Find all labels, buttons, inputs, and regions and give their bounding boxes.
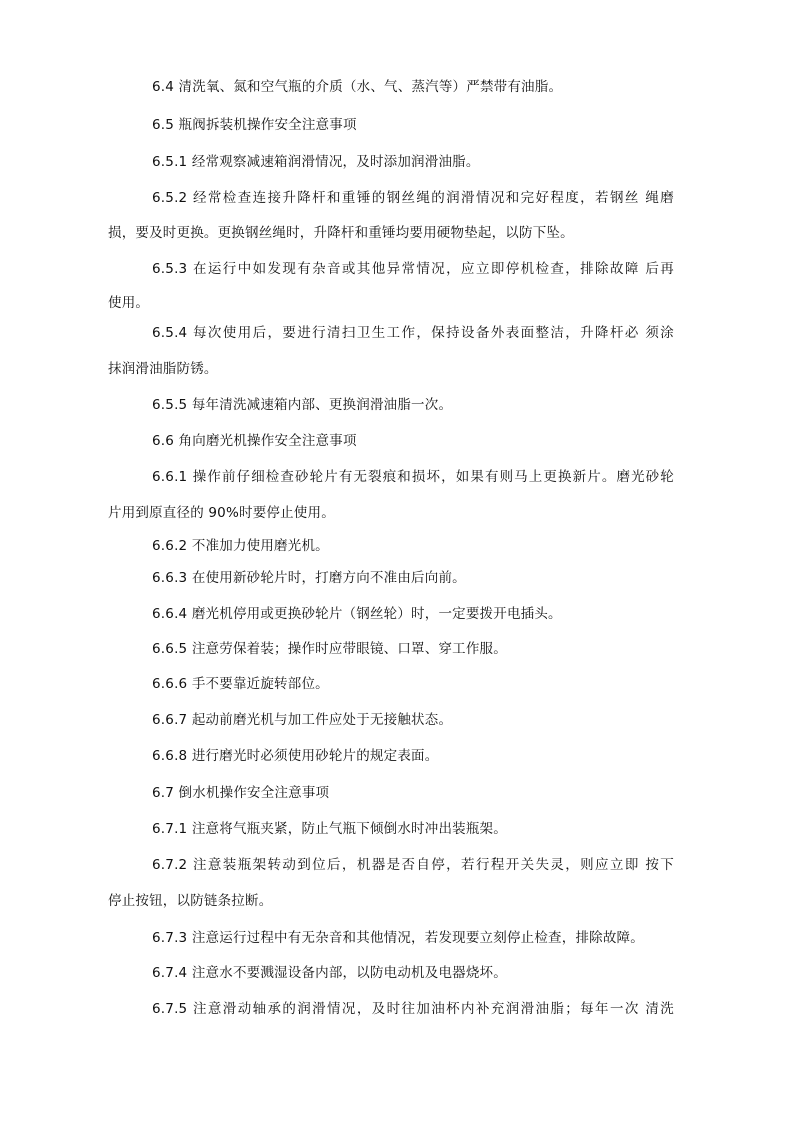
paragraph-6-6-4: 6.6.4 磨光机停用或更换砂轮片（钢丝轮）时，一定要拨开电插头。 — [152, 605, 562, 623]
heading-6-6: 6.6 角向磨光机操作安全注意事项 — [152, 432, 357, 450]
document-page: 6.4 清洗氧、氮和空气瓶的介质（水、气、蒸汽等）严禁带有油脂。 6.5 瓶阀拆… — [0, 0, 793, 1122]
paragraph-6-5-2-cont: 损，要及时更换。更换钢丝绳时，升降杆和重锤均要用硬物垫起，以防下坠。 — [108, 224, 574, 242]
paragraph-6-5-4-cont: 抹润滑油脂防锈。 — [108, 360, 218, 378]
paragraph-6-7-3: 6.7.3 注意运行过程中有无杂音和其他情况，若发现要立刻停止检查，排除故障。 — [152, 929, 644, 947]
paragraph-6-7-1: 6.7.1 注意将气瓶夹紧，防止气瓶下倾倒水时冲出装瓶架。 — [152, 820, 507, 838]
paragraph-6-7-4: 6.7.4 注意水不要溅湿设备内部，以防电动机及电器烧坏。 — [152, 964, 507, 982]
paragraph-6-5-1: 6.5.1 经常观察减速箱润滑情况，及时添加润滑油脂。 — [152, 153, 480, 171]
paragraph-6-7-2-cont: 停止按钮，以防链条拉断。 — [108, 892, 272, 910]
paragraph-6-5-5: 6.5.5 每年清洗减速箱内部、更换润滑油脂一次。 — [152, 396, 452, 414]
paragraph-6-5-3: 6.5.3 在运行中如发现有杂音或其他异常情况，应立即停机检查，排除故障 后再 — [152, 260, 674, 278]
paragraph-6-7-2: 6.7.2 注意装瓶架转动到位后，机器是否自停，若行程开关失灵，则应立即 按下 — [152, 856, 674, 874]
paragraph-6-4: 6.4 清洗氧、氮和空气瓶的介质（水、气、蒸汽等）严禁带有油脂。 — [152, 78, 562, 96]
paragraph-6-6-5: 6.6.5 注意劳保着装；操作时应带眼镜、口罩、穿工作服。 — [152, 640, 507, 658]
heading-6-5: 6.5 瓶阀拆装机操作安全注意事项 — [152, 116, 357, 134]
paragraph-6-7-5: 6.7.5 注意滑动轴承的润滑情况，及时往加油杯内补充润滑油脂；每年一次 清洗 — [152, 1000, 674, 1018]
paragraph-6-5-2: 6.5.2 经常检查连接升降杆和重锤的钢丝绳的润滑情况和完好程度，若钢丝 绳磨 — [152, 189, 674, 207]
paragraph-6-6-3: 6.6.3 在使用新砂轮片时，打磨方向不准由后向前。 — [152, 569, 466, 587]
paragraph-6-6-1: 6.6.1 操作前仔细检查砂轮片有无裂痕和损坏，如果有则马上更换新片。磨光砂轮 — [152, 468, 674, 486]
paragraph-6-5-4: 6.5.4 每次使用后，要进行清扫卫生工作，保持设备外表面整洁，升降杆必 须涂 — [152, 324, 674, 342]
paragraph-6-5-3-cont: 使用。 — [108, 294, 149, 312]
paragraph-6-6-2: 6.6.2 不准加力使用磨光机。 — [152, 537, 329, 555]
paragraph-6-6-6: 6.6.6 手不要靠近旋转部位。 — [152, 675, 329, 693]
paragraph-6-6-1-cont: 片用到原直径的 90%时要停止使用。 — [108, 504, 335, 522]
paragraph-6-6-8: 6.6.8 进行磨光时必须使用砂轮片的规定表面。 — [152, 747, 438, 765]
paragraph-6-6-7: 6.6.7 起动前磨光机与加工件应处于无接触状态。 — [152, 711, 452, 729]
heading-6-7: 6.7 倒水机操作安全注意事项 — [152, 784, 329, 802]
